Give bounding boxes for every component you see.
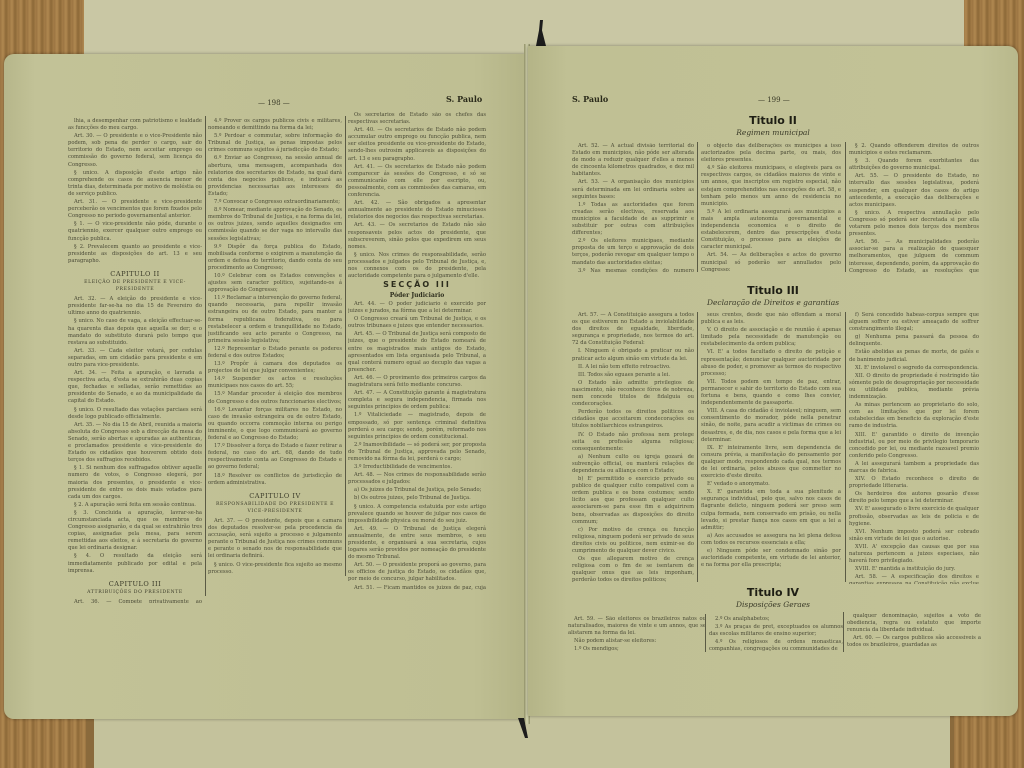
paragraph: 1.º Todas as auctoridades que forem crea…	[572, 202, 694, 237]
titulo-2-subheading: Regimen municipal	[528, 128, 1018, 137]
paragraph: § 3. Quando forem exorbitantes das attri…	[849, 158, 979, 172]
titulo-3-subheading: Declaração de Direitos e garantias	[528, 298, 1018, 307]
paragraph: 12.º Representar o Estado perante os pod…	[208, 346, 342, 360]
paragraph: O Estado não admitte privilegios de nasc…	[572, 380, 694, 408]
paragraph: A lei assegurará tambem a propriedade da…	[849, 461, 979, 475]
paragraph: IX. E' inteiramente livre, sem dependenc…	[701, 445, 841, 480]
right-running-head: S. Paulo	[572, 94, 608, 104]
paragraph: Art. 51. — Ficam mantidos os juizes de p…	[348, 585, 486, 591]
paragraph: 6.º Enviar ao Congresso, na sessão annua…	[208, 155, 342, 198]
paragraph: 18.º Resolver os conflictos de jurisdicç…	[208, 473, 342, 487]
paragraph: Art. 34. — Feita a apuração, e lavrada a…	[68, 370, 202, 405]
paragraph: V. O direito de associação e de reunião …	[701, 327, 841, 348]
paragraph: Art. 37. — O presidente, depois que a ca…	[208, 518, 342, 561]
paragraph: IV. O Estado não professa nem protege se…	[572, 432, 694, 453]
paragraph: Art. 44. — O poder judiciario é exercido…	[348, 301, 486, 315]
column-divider	[345, 116, 346, 576]
chapter-heading: CAPITULO IV	[208, 493, 342, 500]
paragraph: XVI. Nenhum imposto poderá ser cobrado s…	[849, 529, 979, 543]
paragraph: o objecto das deliberações os munícipes …	[701, 143, 841, 164]
paragraph: XVII. A' excepção das causas que por sua…	[849, 544, 979, 565]
chapter-subheading: ATTRIBUIÇÕES DO PRESIDENTE	[68, 589, 202, 596]
paragraph: c) Por motivo de crença ou funcção relig…	[572, 527, 694, 555]
paragraph: Art. 45. — O Tribunal de Justiça será co…	[348, 331, 486, 374]
paragraph: § 3. Concluida a apuração, lavrar-se-ha …	[68, 510, 202, 553]
paragraph: 3.º Irreductibilidade de vencimentos.	[348, 464, 486, 471]
paragraph: Art. 46. — O provimento dos primeiros ca…	[348, 375, 486, 389]
paragraph: Art. 41. — Os secretarios de Estado não …	[348, 164, 486, 199]
paragraph: Art. 55. — O presidente do Estado, no in…	[849, 173, 979, 208]
paragraph: XII. O direito de propriedade é restring…	[849, 373, 979, 401]
paragraph: e) Ninguem póde ser condemnado sinão por…	[701, 548, 841, 569]
paragraph: Art. 36. — Compete privativamente ao pre…	[68, 599, 202, 603]
paragraph: § 2. Prevalecem quanto ao presidente e v…	[68, 244, 202, 265]
paragraph: Art. 30. — O presidente e o vice-Preside…	[68, 133, 202, 168]
paragraph: Art. 52. — A actual divisão territorial …	[572, 143, 694, 178]
left-column-3: Os secretarios de Estado são os chefes d…	[348, 112, 486, 280]
paragraph: VII. Todos podem em tempo de paz, entrar…	[701, 379, 841, 407]
paragraph: g) Nenhuma pena passará da pessoa do del…	[849, 334, 979, 348]
paragraph: § 1. Si nenhum dos suffragados obtiver a…	[68, 465, 202, 500]
paragraph: 2.º Os analphabetos;	[709, 616, 843, 623]
paragraph: 10.º Celebrar com os Estados convenções …	[208, 273, 342, 294]
paragraph: 4.º São eleitores municipaes, e elegivei…	[701, 165, 841, 208]
paragraph: Os herdeiros dos autores gosarão d'esse …	[849, 491, 979, 505]
paragraph: XIV. O Estado reconhece o direito de pro…	[849, 476, 979, 490]
paragraph: § unico. A competencia estatuida por est…	[348, 504, 486, 525]
paragraph: Art. 59. — São eleitores os brazileiros …	[568, 616, 706, 637]
paragraph: Os que allegarem motivo de crença religi…	[572, 556, 694, 584]
left-column-1: lhia, a desempenhar com patriotismo e le…	[68, 118, 202, 603]
titulo-3-column-2: seus crentes, desde que não offendam a m…	[701, 312, 841, 584]
paragraph: XI. E' inviolavel o segredo da correspon…	[849, 365, 979, 372]
paragraph: 14.º Suspender os actos e resoluções mun…	[208, 376, 342, 390]
paragraph: Estão abolidas as penas de morte, de gal…	[849, 349, 979, 363]
paragraph: E' vedado o anonymato.	[701, 481, 841, 488]
paragraph: 1.º Vitaliciedade — magistrado, depois d…	[348, 412, 486, 440]
paragraph: Art. 58. — A especificação dos direitos …	[849, 574, 979, 584]
paragraph: b) Os outros juizes, pelo Tribunal de Ju…	[348, 495, 486, 502]
paragraph: Art. 40. — Os secretarios de Estado não …	[348, 127, 486, 162]
paragraph: Art. 35. — No dia 15 de Abril, reunida a…	[68, 422, 202, 465]
titulo-3-column-1: Art. 57. — A Constituição assegura a tod…	[572, 312, 694, 584]
paragraph: VIII. A casa do cidadão é inviolavel; ni…	[701, 408, 841, 443]
paragraph: 13.º Propôr á camara dos deputados os pr…	[208, 361, 342, 375]
paragraph: As minas pertencem ao proprietario do so…	[849, 402, 979, 430]
paragraph: Perderão todos os direitos politicos os …	[572, 409, 694, 430]
left-column-3-judiciary: Art. 44. — O poder judiciario é exercido…	[348, 301, 486, 591]
paragraph: 4.º Os religiosos de ordens monasticas, …	[709, 639, 843, 652]
paragraph: 8.º Nomear, mediante approvação do Senad…	[208, 207, 342, 242]
paragraph: seus crentes, desde que não offendam a m…	[701, 312, 841, 326]
column-divider	[845, 312, 846, 582]
paragraph: § 2. Quando offenderem direitos de outro…	[849, 143, 979, 157]
paragraph: Art. 31. — O presidente e vice-president…	[68, 199, 202, 220]
paragraph: qualquer denominação, sujeitos a voto de…	[847, 613, 981, 634]
paragraph: b) E' permittido o exercicio privado ou …	[572, 476, 694, 526]
paragraph: Art. 32. — A eleição do presidente e vic…	[68, 296, 202, 317]
paragraph: § 2. A apuração será feita em sessão con…	[68, 502, 202, 509]
paragraph: Os secretarios de Estado são os chefes d…	[348, 112, 486, 126]
paragraph: Art. 57. — A Constituição assegura a tod…	[572, 312, 694, 347]
paragraph: 5.º A lei ordinaria assegurará aos munic…	[701, 209, 841, 252]
paragraph: § unico. No caso de vaga, a eleição effe…	[68, 318, 202, 346]
chapter-subheading: ELEIÇÃO DE PRESIDENTE E VICE-PRESIDENTE	[68, 279, 202, 293]
paragraph: § 4. O resultado da eleição será immedia…	[68, 553, 202, 574]
paragraph: Art. 49. — O Tribunal de Justiça elegerá…	[348, 526, 486, 561]
left-page-number: — 198 —	[258, 99, 290, 107]
paragraph: a) Aos accusados se assegura na lei plen…	[701, 533, 841, 547]
paragraph: 11.º Reclamar a intervenção do governo f…	[208, 295, 342, 345]
paragraph: § unico. O vice-presidente fica sujeito …	[208, 562, 342, 576]
paragraph: 5.º Perdoar e commutar, sobre informação…	[208, 133, 342, 154]
chapter-heading: CAPITULO II	[68, 271, 202, 278]
paragraph: Art. 56. — As municipalidades poderão as…	[849, 239, 979, 273]
paragraph: 17.º Dissolver a força do Estado e fazer…	[208, 443, 342, 471]
titulo-2-column-2: o objecto das deliberações os munícipes …	[701, 143, 841, 273]
paragraph: Art. 33. — Cada eleitor votará, por cedu…	[68, 348, 202, 369]
chapter-heading: CAPITULO III	[68, 581, 202, 588]
paragraph: lhia, a desempenhar com patriotismo e le…	[68, 118, 202, 132]
paragraph: I. Ninguem é obrigado a praticar ou não …	[572, 348, 694, 362]
paragraph: 7.º Convocar o Congresso extraordinariam…	[208, 199, 342, 206]
paragraph: § unico. A respectiva annullação pelo Co…	[849, 210, 979, 238]
paragraph: Art. 43. — Os secretarios de Estado não …	[348, 222, 486, 250]
paragraph: VI. E' a todos facultado o direito de pe…	[701, 349, 841, 377]
left-running-head: S. Paulo	[446, 94, 482, 104]
paragraph: 9.º Dispôr da força publica do Estado, m…	[208, 244, 342, 272]
paragraph: XIII. E' garantido o direito de invenção…	[849, 432, 979, 460]
paragraph: 3.º As praças de pret, exceptuados os al…	[709, 624, 843, 638]
column-divider	[697, 142, 698, 272]
paragraph: 2.º Os eleitores municipaes, mediante pr…	[572, 238, 694, 266]
titulo-2-heading: Titulo II	[528, 114, 1018, 127]
paragraph: 2.º Inamovibilidade — só poderá ser, por…	[348, 442, 486, 463]
titulo-4-column-1: Art. 59. — São eleitores os brazileiros …	[568, 616, 706, 652]
titulo-2-column-3: § 2. Quando offenderem direitos de outro…	[849, 143, 979, 273]
paragraph: a) Nenhum culto ou igreja gozará de subv…	[572, 454, 694, 475]
paragraph: § unico. O resultado das votações parcia…	[68, 407, 202, 421]
paragraph: 4.º Prover os cargos publicos civis e mi…	[208, 118, 342, 132]
paragraph: 15.º Mandar proceder á eleição dos membr…	[208, 391, 342, 405]
paragraph: X. E' garantida em toda a sua plenitude …	[701, 489, 841, 532]
paragraph: III. Todos são eguaes perante a lei.	[572, 372, 694, 379]
paragraph: a) Os juizes do Tribunal de Justiça, pel…	[348, 487, 486, 494]
paragraph: § 1. — O vice-presidente não póde, duran…	[68, 221, 202, 242]
paragraph: Não podem alistar-se eleitores:	[568, 638, 706, 645]
paragraph: 1.º Os mendigos;	[568, 646, 706, 652]
paragraph: § unico. A disposição d'este artigo não …	[68, 170, 202, 198]
column-divider	[697, 312, 698, 582]
section-subheading: Póder Judiciario	[348, 292, 486, 299]
left-column-2: 4.º Prover os cargos publicos civis e mi…	[208, 118, 342, 578]
column-divider	[705, 614, 706, 652]
titulo-3-heading: Titulo III	[528, 284, 1018, 297]
column-divider	[843, 612, 844, 652]
paragraph: Art. 60. — Os cargos publicos são access…	[847, 635, 981, 649]
column-divider	[205, 116, 206, 596]
paragraph: 16.º Levantar forças militares no Estado…	[208, 407, 342, 442]
paragraph: XVIII. E' mantida a instituição do jury.	[849, 566, 979, 573]
paragraph: Art. 42. — São obrigados a apresentar an…	[348, 200, 486, 221]
paragraph: O Congresso creará um Tribunal de Justiç…	[348, 316, 486, 330]
column-divider	[845, 142, 846, 272]
paragraph: Art. 48. — Nos crimes de responsabilidad…	[348, 472, 486, 486]
paragraph: Art. 54. — As deliberações e actos do go…	[701, 252, 841, 273]
paragraph: XV. E' assegurado o livre exercicio de q…	[849, 506, 979, 527]
titulo-3-column-3: f) Será concedido habeas-corpus sempre q…	[849, 312, 979, 584]
paragraph: Art. 50. — O presidente proporá ao gover…	[348, 562, 486, 583]
titulo-4-heading: Titulo IV	[528, 586, 1018, 599]
paragraph: f) Será concedido habeas-corpus sempre q…	[849, 312, 979, 333]
right-page-number: — 199 —	[758, 96, 790, 104]
paragraph: § unico. Nos crimes de responsabilidade,…	[348, 252, 486, 280]
titulo-4-column-2: 2.º Os analphabetos; 3.º As praças de pr…	[709, 616, 843, 652]
titulo-2-column-1: Art. 52. — A actual divisão territorial …	[572, 143, 694, 273]
titulo-4-subheading: Disposições Geraes	[528, 600, 1018, 609]
chapter-subheading: RESPONSABILIDADE DO PRESIDENTE E VICE-PR…	[208, 501, 342, 515]
paragraph: Art. 47. — A Constituição garante á magi…	[348, 390, 486, 411]
paragraph: Art. 53. — A organisação dos municipios …	[572, 179, 694, 200]
titulo-4-column-3: qualquer denominação, sujeitos a voto de…	[847, 613, 981, 651]
paragraph: 3.º Nas mesmas condições do numero prece…	[572, 268, 694, 273]
paragraph: II. A lei não tem effeito retroactivo.	[572, 364, 694, 371]
section-heading: SECÇÃO III	[348, 280, 486, 289]
